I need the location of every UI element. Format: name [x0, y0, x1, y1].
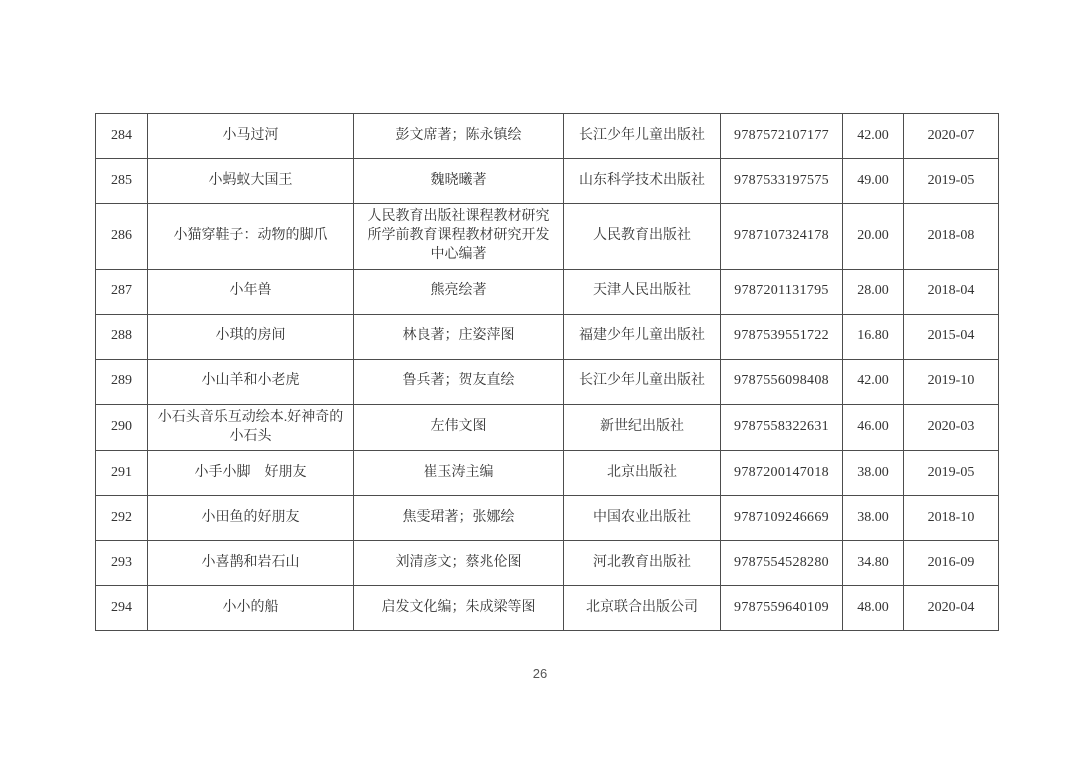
table-row: 285 小蚂蚁大国王 魏晓曦著 山东科学技术出版社 9787533197575 … [96, 159, 999, 204]
cell-author: 崔玉涛主编 [354, 451, 564, 496]
cell-publisher: 人民教育出版社 [564, 204, 721, 270]
cell-publish-date: 2019-05 [904, 159, 999, 204]
cell-serial-number: 285 [96, 159, 148, 204]
cell-book-title: 小手小脚 好朋友 [148, 451, 354, 496]
cell-author: 熊亮绘著 [354, 269, 564, 314]
cell-isbn: 9787556098408 [721, 359, 843, 404]
cell-book-title: 小猫穿鞋子：动物的脚爪 [148, 204, 354, 270]
table-row: 290 小石头音乐互动绘本.好神奇的小石头 左伟文图 新世纪出版社 978755… [96, 404, 999, 451]
cell-serial-number: 291 [96, 451, 148, 496]
cell-publish-date: 2015-04 [904, 314, 999, 359]
cell-book-title: 小喜鹊和岩石山 [148, 541, 354, 586]
cell-price: 46.00 [843, 404, 904, 451]
book-list-table: 284 小马过河 彭文席著；陈永镇绘 长江少年儿童出版社 97875721071… [95, 113, 999, 631]
cell-isbn: 9787109246669 [721, 496, 843, 541]
cell-publish-date: 2018-10 [904, 496, 999, 541]
cell-serial-number: 286 [96, 204, 148, 270]
cell-serial-number: 287 [96, 269, 148, 314]
table-row: 288 小琪的房间 林良著；庄姿萍图 福建少年儿童出版社 97875395517… [96, 314, 999, 359]
cell-price: 28.00 [843, 269, 904, 314]
cell-publish-date: 2019-10 [904, 359, 999, 404]
cell-price: 42.00 [843, 359, 904, 404]
cell-price: 38.00 [843, 496, 904, 541]
cell-isbn: 9787201131795 [721, 269, 843, 314]
cell-serial-number: 284 [96, 114, 148, 159]
cell-serial-number: 289 [96, 359, 148, 404]
cell-book-title: 小山羊和小老虎 [148, 359, 354, 404]
cell-isbn: 9787572107177 [721, 114, 843, 159]
table-row: 291 小手小脚 好朋友 崔玉涛主编 北京出版社 9787200147018 3… [96, 451, 999, 496]
cell-serial-number: 292 [96, 496, 148, 541]
cell-publisher: 北京联合出版公司 [564, 586, 721, 631]
cell-book-title: 小蚂蚁大国王 [148, 159, 354, 204]
cell-author: 启发文化编；朱成梁等图 [354, 586, 564, 631]
cell-price: 49.00 [843, 159, 904, 204]
cell-book-title: 小年兽 [148, 269, 354, 314]
cell-publish-date: 2018-04 [904, 269, 999, 314]
cell-price: 48.00 [843, 586, 904, 631]
cell-publisher: 山东科学技术出版社 [564, 159, 721, 204]
table-row: 294 小小的船 启发文化编；朱成梁等图 北京联合出版公司 9787559640… [96, 586, 999, 631]
cell-publisher: 天津人民出版社 [564, 269, 721, 314]
cell-book-title: 小小的船 [148, 586, 354, 631]
cell-isbn: 9787554528280 [721, 541, 843, 586]
cell-isbn: 9787533197575 [721, 159, 843, 204]
cell-price: 16.80 [843, 314, 904, 359]
cell-price: 20.00 [843, 204, 904, 270]
cell-author: 鲁兵著；贺友直绘 [354, 359, 564, 404]
cell-publish-date: 2016-09 [904, 541, 999, 586]
cell-book-title: 小马过河 [148, 114, 354, 159]
cell-price: 42.00 [843, 114, 904, 159]
table-row: 289 小山羊和小老虎 鲁兵著；贺友直绘 长江少年儿童出版社 978755609… [96, 359, 999, 404]
cell-serial-number: 293 [96, 541, 148, 586]
cell-book-title: 小田鱼的好朋友 [148, 496, 354, 541]
table-row: 293 小喜鹊和岩石山 刘清彦文；蔡兆伦图 河北教育出版社 9787554528… [96, 541, 999, 586]
cell-isbn: 9787200147018 [721, 451, 843, 496]
cell-price: 38.00 [843, 451, 904, 496]
cell-author: 林良著；庄姿萍图 [354, 314, 564, 359]
cell-author: 魏晓曦著 [354, 159, 564, 204]
cell-serial-number: 290 [96, 404, 148, 451]
table-row: 287 小年兽 熊亮绘著 天津人民出版社 9787201131795 28.00… [96, 269, 999, 314]
cell-author: 彭文席著；陈永镇绘 [354, 114, 564, 159]
cell-isbn: 9787107324178 [721, 204, 843, 270]
table-row: 286 小猫穿鞋子：动物的脚爪 人民教育出版社课程教材研究所学前教育课程教材研究… [96, 204, 999, 270]
cell-book-title: 小石头音乐互动绘本.好神奇的小石头 [148, 404, 354, 451]
table-row: 284 小马过河 彭文席著；陈永镇绘 长江少年儿童出版社 97875721071… [96, 114, 999, 159]
cell-serial-number: 288 [96, 314, 148, 359]
cell-publisher: 河北教育出版社 [564, 541, 721, 586]
table-row: 292 小田鱼的好朋友 焦雯珺著；张娜绘 中国农业出版社 97871092466… [96, 496, 999, 541]
page-number: 26 [0, 666, 1080, 681]
cell-isbn: 9787539551722 [721, 314, 843, 359]
cell-publisher: 中国农业出版社 [564, 496, 721, 541]
cell-isbn: 9787559640109 [721, 586, 843, 631]
cell-isbn: 9787558322631 [721, 404, 843, 451]
cell-author: 刘清彦文；蔡兆伦图 [354, 541, 564, 586]
cell-publish-date: 2018-08 [904, 204, 999, 270]
cell-publish-date: 2019-05 [904, 451, 999, 496]
cell-book-title: 小琪的房间 [148, 314, 354, 359]
cell-publish-date: 2020-03 [904, 404, 999, 451]
cell-publisher: 长江少年儿童出版社 [564, 114, 721, 159]
cell-publisher: 北京出版社 [564, 451, 721, 496]
cell-publisher: 新世纪出版社 [564, 404, 721, 451]
cell-price: 34.80 [843, 541, 904, 586]
cell-publish-date: 2020-07 [904, 114, 999, 159]
cell-author: 焦雯珺著；张娜绘 [354, 496, 564, 541]
cell-author: 左伟文图 [354, 404, 564, 451]
cell-serial-number: 294 [96, 586, 148, 631]
document-page: 284 小马过河 彭文席著；陈永镇绘 长江少年儿童出版社 97875721071… [0, 0, 1080, 763]
cell-publisher: 福建少年儿童出版社 [564, 314, 721, 359]
cell-publish-date: 2020-04 [904, 586, 999, 631]
cell-publisher: 长江少年儿童出版社 [564, 359, 721, 404]
cell-author: 人民教育出版社课程教材研究所学前教育课程教材研究开发中心编著 [354, 204, 564, 270]
